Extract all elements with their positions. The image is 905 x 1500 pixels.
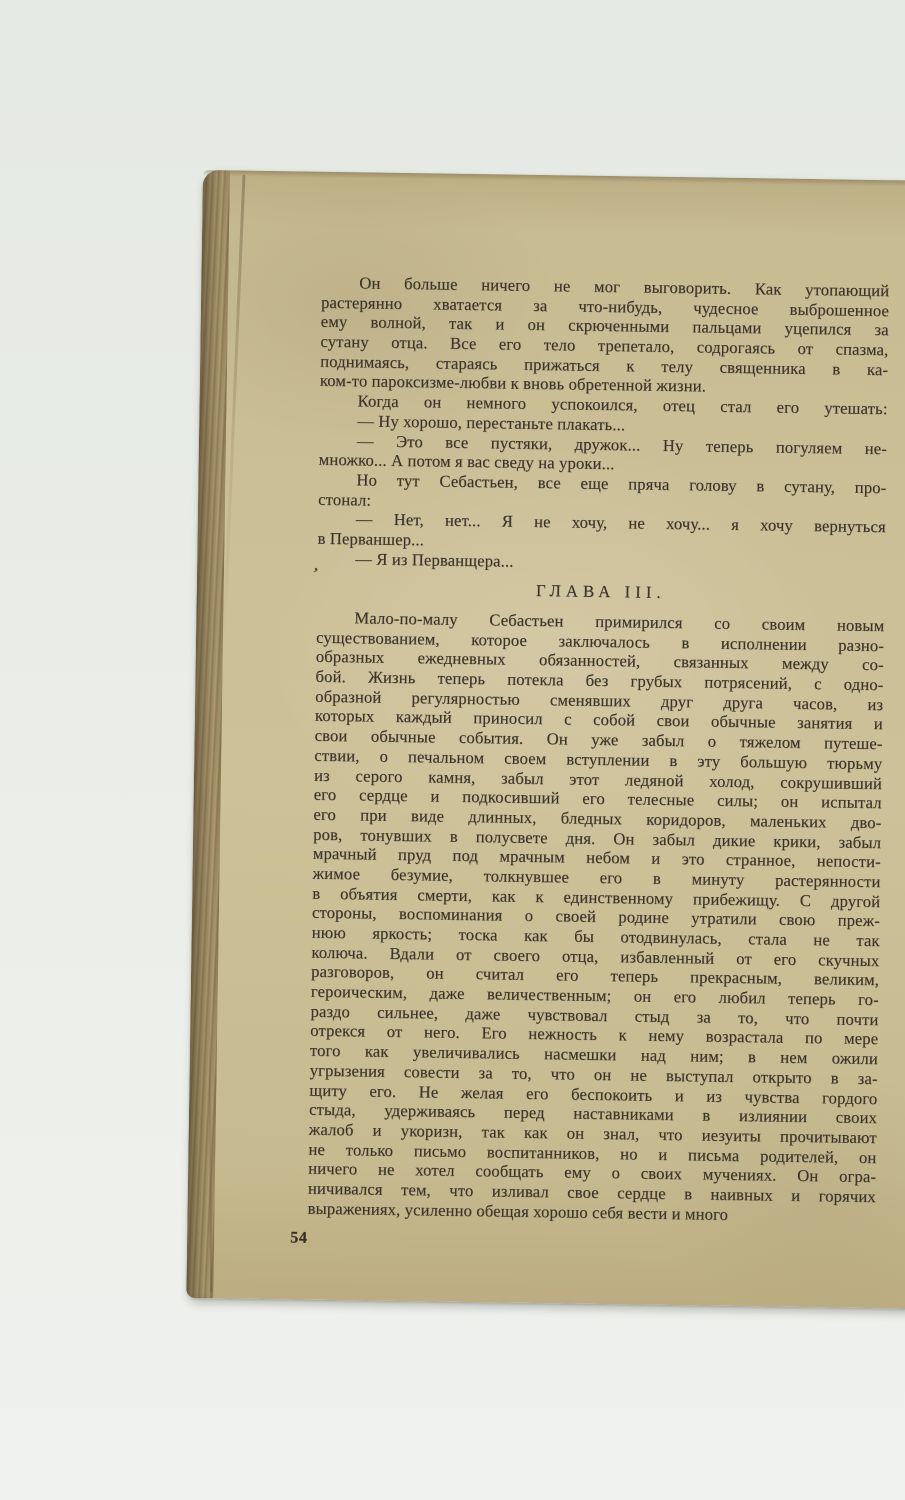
chapter-heading: ГЛАВА III.	[317, 578, 885, 606]
page-number: 54	[290, 1229, 875, 1257]
text-block: Он больше ничего не мог выговорить. Как …	[307, 273, 889, 1257]
book-page: Он больше ничего не мог выговорить. Как …	[186, 170, 905, 1309]
page-text-flow: Он больше ничего не мог выговорить. Как …	[307, 273, 889, 1227]
page-edge-stack	[186, 170, 230, 1298]
scanner-background: { "scan": { "page_number": "54", "artifa…	[0, 0, 905, 1500]
